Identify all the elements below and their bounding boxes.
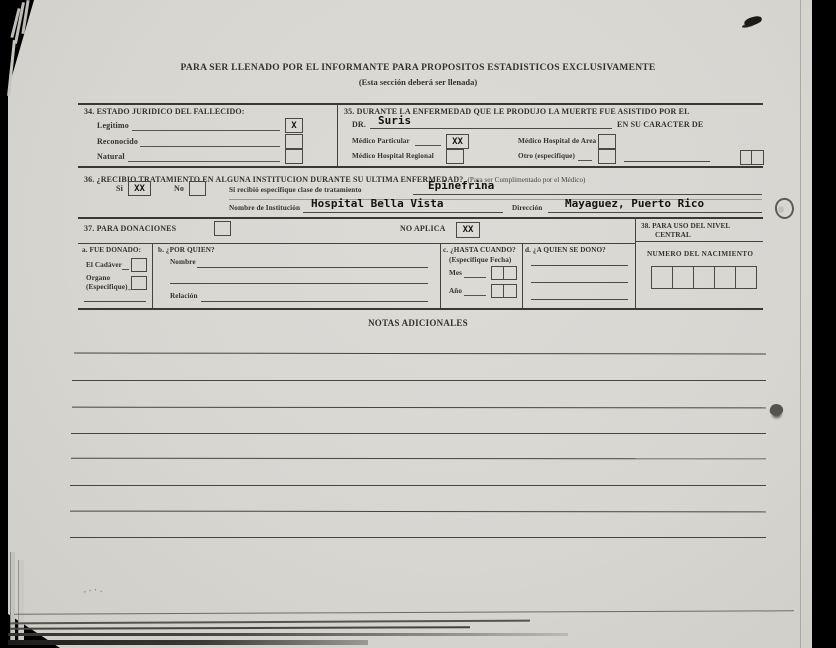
leader-line bbox=[464, 276, 486, 278]
col-b-heading: b. ¿POR QUIEN? bbox=[158, 246, 215, 254]
otro-especifique-label: Otro (especifique) bbox=[518, 152, 575, 160]
birth-number-cell bbox=[736, 267, 756, 288]
medico-particular-label: Médico Particular bbox=[352, 137, 410, 145]
leader-line bbox=[578, 159, 592, 161]
checkbox-organo bbox=[131, 276, 147, 290]
relacion-label: Relación bbox=[170, 292, 198, 300]
option-reconocido-label: Reconocido bbox=[97, 137, 138, 146]
birth-number-cell bbox=[652, 267, 673, 288]
rule-under-36 bbox=[78, 217, 763, 219]
nombre-label: Nombre bbox=[170, 258, 196, 266]
section-36-heading-row: 36. ¿RECIBIO TRATAMIENTO EN ALGUNA INSTI… bbox=[84, 169, 585, 187]
tratamiento-value: Epinefrina bbox=[428, 179, 494, 192]
page-stack-streak bbox=[8, 633, 568, 636]
col-c-heading: c. ¿HASTA CUANDO? bbox=[443, 246, 516, 254]
leader-line bbox=[132, 129, 280, 131]
checkbox-otro bbox=[598, 149, 616, 164]
tratamiento-label: Si recibió especifique clase de tratamie… bbox=[229, 186, 362, 194]
medico-hospital-regional-label: Médico Hospital Regional bbox=[352, 152, 434, 160]
page-stack-edge bbox=[10, 552, 15, 644]
write-in-line bbox=[197, 266, 428, 268]
scanned-form-page: -··. PARA SER LLENADO POR EL INFORMANTE … bbox=[0, 0, 836, 648]
rule-37-subheader bbox=[78, 243, 635, 244]
note-line bbox=[70, 537, 766, 538]
checkbox-medico-hospital-regional bbox=[446, 149, 464, 164]
checkbox-no bbox=[189, 181, 206, 196]
col-d-heading: d. ¿A QUIEN SE DONO? bbox=[525, 246, 606, 254]
section-38-heading-line2: CENTRAL bbox=[655, 231, 691, 239]
caracter-label: EN SU CARACTER DE bbox=[617, 120, 703, 129]
dr-value: Suris bbox=[378, 114, 411, 127]
direccion-label: Dirección bbox=[512, 204, 542, 212]
rule-under-34-35 bbox=[78, 166, 763, 168]
scanner-black-band bbox=[812, 0, 836, 648]
notas-adicionales-heading: NOTAS ADICIONALES bbox=[118, 318, 718, 328]
checkbox-si-mark: XX bbox=[134, 184, 145, 194]
institucion-label: Nombre de Institución bbox=[229, 204, 300, 212]
rule-divider-c-d bbox=[522, 243, 523, 308]
checkbox-medico-hospital-area bbox=[598, 134, 616, 149]
organo-label-line1: Organo bbox=[86, 274, 110, 282]
section-38-heading-line1: 38. PARA USO DEL NIVEL bbox=[641, 222, 730, 230]
rule-divider-a-b bbox=[152, 243, 153, 308]
write-in-line bbox=[84, 300, 146, 302]
institucion-value: Hospital Bella Vista bbox=[311, 197, 443, 210]
checkbox-no-aplica: XX bbox=[456, 222, 480, 238]
leader-line bbox=[122, 268, 129, 270]
checkbox-si: XX bbox=[128, 181, 151, 196]
ano-label: Año bbox=[449, 287, 462, 295]
write-in-line bbox=[303, 211, 503, 213]
checkbox-no-aplica-mark: XX bbox=[463, 225, 474, 235]
write-in-line bbox=[531, 281, 628, 283]
checkbox-legitimo: X bbox=[285, 118, 303, 133]
option-natural-label: Natural bbox=[97, 152, 125, 161]
cadaver-label: El Cadáver bbox=[86, 261, 122, 269]
checkbox-donaciones bbox=[214, 221, 231, 236]
checkbox-medico-particular: XX bbox=[446, 134, 469, 149]
leader-line bbox=[464, 294, 486, 296]
write-in-line bbox=[548, 211, 762, 213]
leader-line bbox=[128, 160, 280, 162]
direccion-value: Mayaguez, Puerto Rico bbox=[565, 197, 704, 210]
leader-line bbox=[415, 144, 441, 146]
form-title: PARA SER LLENADO POR EL INFORMANTE PARA … bbox=[118, 63, 718, 73]
checkbox-legitimo-mark: X bbox=[291, 121, 296, 131]
especifique-fecha-label: (Especifique Fecha) bbox=[449, 256, 511, 264]
no-aplica-label: NO APLICA bbox=[400, 224, 446, 233]
birth-number-cell bbox=[673, 267, 694, 288]
punch-hole-shadow bbox=[778, 206, 784, 213]
col-a-heading: a. FUE DONADO: bbox=[82, 246, 141, 254]
write-in-line bbox=[413, 193, 762, 195]
write-in-line bbox=[370, 127, 612, 129]
section-37-heading: 37. PARA DONACIONES bbox=[84, 224, 176, 233]
write-in-line bbox=[201, 300, 428, 302]
rule-bottom bbox=[78, 308, 763, 310]
page-stack-edge bbox=[18, 560, 24, 644]
form-subtitle: (Esta sección deberá ser llenada) bbox=[118, 77, 718, 87]
ano-box bbox=[503, 284, 517, 298]
si-label: Si bbox=[116, 184, 123, 193]
leader-line bbox=[140, 145, 280, 147]
rule-divider-37-38 bbox=[635, 217, 636, 308]
checkbox-natural bbox=[285, 149, 303, 164]
birth-number-cell bbox=[715, 267, 736, 288]
page-stack-streak bbox=[8, 640, 368, 645]
checkbox-medico-particular-mark: XX bbox=[452, 137, 463, 147]
code-box bbox=[751, 150, 764, 165]
rule-top bbox=[78, 103, 763, 105]
write-in-line bbox=[624, 160, 710, 162]
section-34-heading: 34. ESTADO JURIDICO DEL FALLECIDO: bbox=[84, 107, 245, 116]
write-in-line bbox=[531, 264, 628, 266]
note-line bbox=[70, 485, 766, 486]
birth-number-cells bbox=[651, 266, 757, 289]
no-label: No bbox=[174, 184, 184, 193]
note-line bbox=[71, 433, 766, 434]
numero-nacimiento-label: NUMERO DEL NACIMIENTO bbox=[647, 250, 753, 258]
note-line bbox=[72, 380, 766, 381]
dr-label: DR. bbox=[352, 120, 366, 129]
medico-hospital-area-label: Médico Hospital de Area bbox=[518, 137, 596, 145]
mes-label: Mes bbox=[449, 269, 462, 277]
checkbox-cadaver bbox=[131, 258, 147, 272]
write-in-line bbox=[170, 282, 428, 284]
rule-divider-34-35 bbox=[337, 103, 338, 166]
paper-right-edge bbox=[800, 0, 801, 648]
option-legitimo-label: Legitimo bbox=[97, 121, 129, 130]
checkbox-reconocido bbox=[285, 134, 303, 149]
organo-label-line2: (Especifique)_ bbox=[86, 283, 131, 291]
birth-number-cell bbox=[694, 267, 715, 288]
mes-box bbox=[503, 266, 517, 280]
rule-divider-b-c bbox=[440, 243, 441, 308]
rule-38-header bbox=[635, 241, 763, 242]
write-in-line bbox=[531, 298, 628, 300]
